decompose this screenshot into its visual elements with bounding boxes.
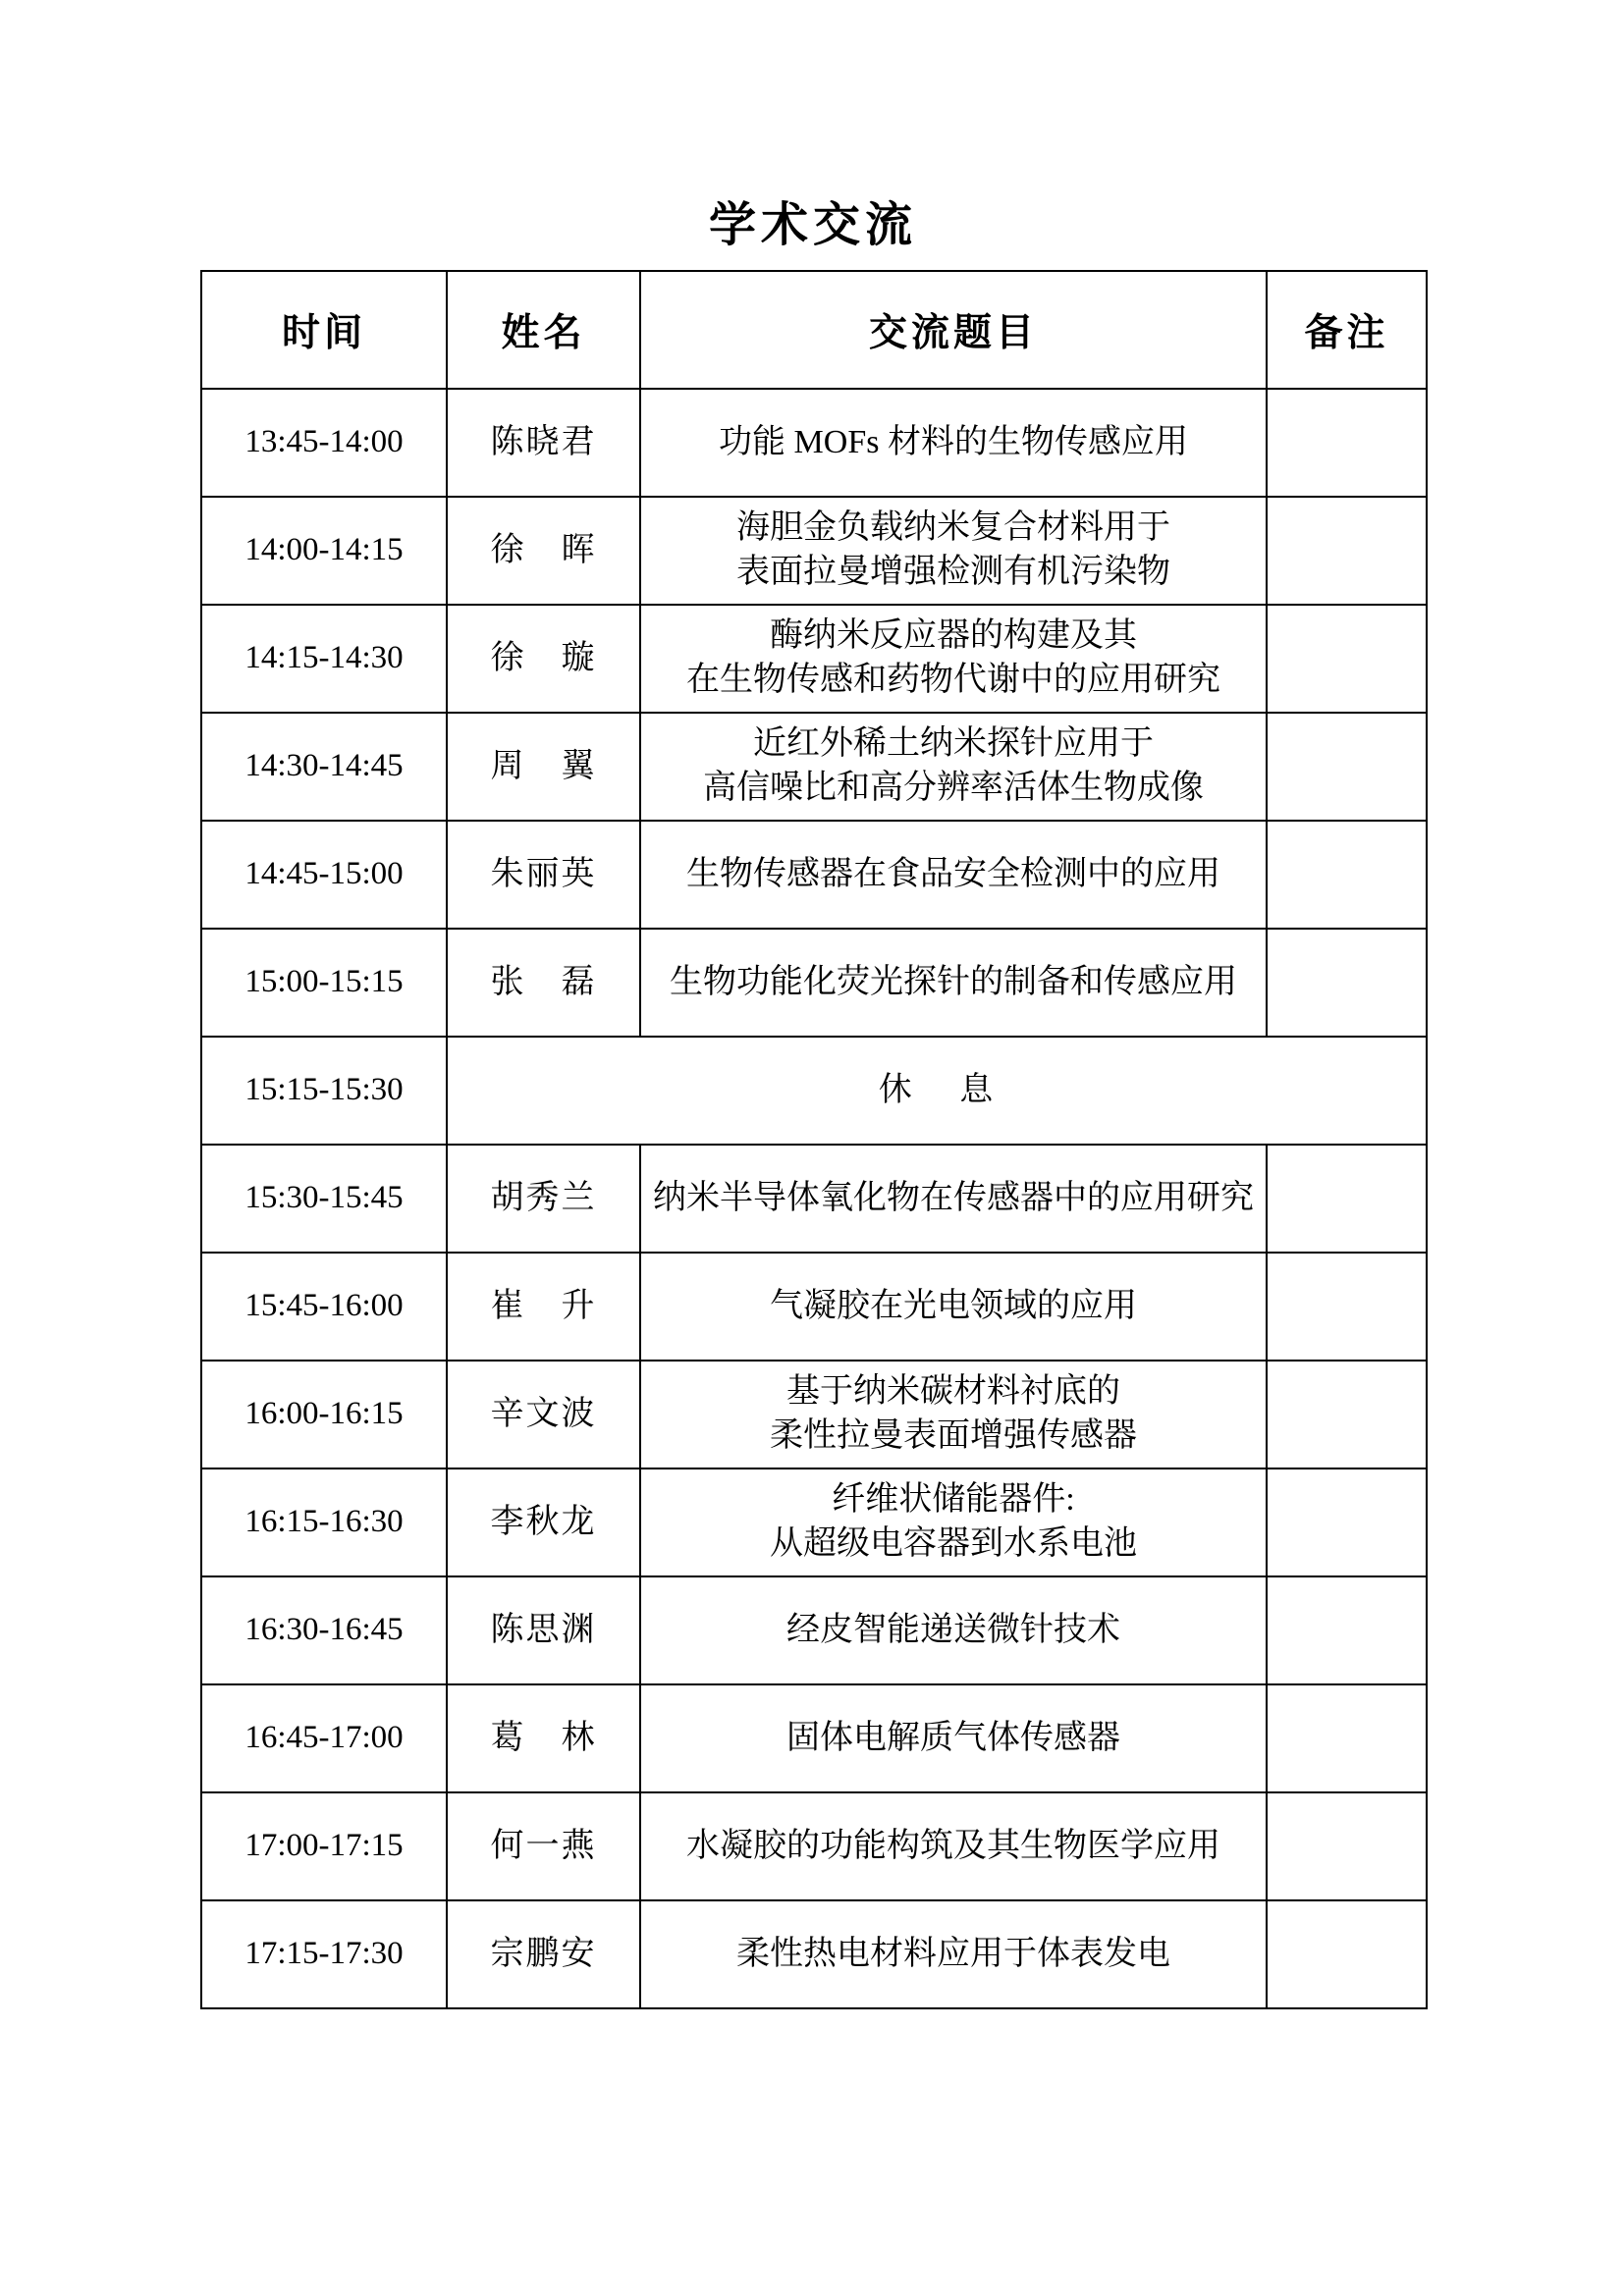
time-cell: 16:15-16:30 [201,1468,447,1576]
topic-cell: 海胆金负载纳米复合材料用于表面拉曼增强检测有机污染物 [640,497,1267,605]
schedule-row: 15:00-15:15张 磊生物功能化荧光探针的制备和传感应用 [201,929,1427,1037]
name-cell: 陈思渊 [447,1576,640,1684]
topic-line: 高信噪比和高分辨率活体生物成像 [641,767,1266,811]
header-row: 时间 姓名 交流题目 备注 [201,271,1427,389]
schedule-row: 14:00-14:15徐 晖海胆金负载纳米复合材料用于表面拉曼增强检测有机污染物 [201,497,1427,605]
note-cell [1267,713,1427,821]
note-cell [1267,1576,1427,1684]
note-cell [1267,1145,1427,1253]
topic-line: 功能 MOFs 材料的生物传感应用 [641,421,1266,465]
break-cell: 休 息 [447,1037,1427,1145]
topic-line: 基于纳米碳材料衬底的 [641,1370,1266,1415]
topic-line: 纤维状储能器件: [641,1478,1266,1522]
time-cell: 16:30-16:45 [201,1576,447,1684]
time-cell: 13:45-14:00 [201,389,447,497]
topic-line: 柔性热电材料应用于体表发电 [641,1933,1266,1977]
topic-line: 表面拉曼增强检测有机污染物 [641,551,1266,595]
time-cell: 15:15-15:30 [201,1037,447,1145]
schedule-body: 13:45-14:00陈晓君功能 MOFs 材料的生物传感应用14:00-14:… [201,389,1427,2008]
note-cell [1267,929,1427,1037]
topic-cell: 生物功能化荧光探针的制备和传感应用 [640,929,1267,1037]
note-cell [1267,497,1427,605]
note-cell [1267,1900,1427,2008]
schedule-row: 16:00-16:15辛文波基于纳米碳材料衬底的柔性拉曼表面增强传感器 [201,1361,1427,1468]
name-cell: 崔 升 [447,1253,640,1361]
topic-line: 生物功能化荧光探针的制备和传感应用 [641,961,1266,1005]
note-cell [1267,389,1427,497]
column-header-topic: 交流题目 [640,271,1267,389]
topic-cell: 近红外稀土纳米探针应用于高信噪比和高分辨率活体生物成像 [640,713,1267,821]
note-cell [1267,1684,1427,1792]
topic-cell: 固体电解质气体传感器 [640,1684,1267,1792]
note-cell [1267,1468,1427,1576]
topic-cell: 生物传感器在食品安全检测中的应用 [640,821,1267,929]
time-cell: 16:00-16:15 [201,1361,447,1468]
time-cell: 14:15-14:30 [201,605,447,713]
schedule-row: 16:15-16:30李秋龙纤维状储能器件:从超级电容器到水系电池 [201,1468,1427,1576]
topic-cell: 柔性热电材料应用于体表发电 [640,1900,1267,2008]
time-cell: 14:30-14:45 [201,713,447,821]
schedule-row: 16:45-17:00葛 林固体电解质气体传感器 [201,1684,1427,1792]
name-cell: 徐 璇 [447,605,640,713]
document-page: 学术交流 时间 姓名 交流题目 备注 13:45-14:00陈晓君功能 MOFs… [0,0,1624,2296]
schedule-row: 14:30-14:45周 翼近红外稀土纳米探针应用于高信噪比和高分辨率活体生物成… [201,713,1427,821]
time-cell: 15:30-15:45 [201,1145,447,1253]
topic-cell: 经皮智能递送微针技术 [640,1576,1267,1684]
topic-line: 经皮智能递送微针技术 [641,1609,1266,1653]
schedule-row: 14:15-14:30徐 璇酶纳米反应器的构建及其在生物传感和药物代谢中的应用研… [201,605,1427,713]
column-header-name: 姓名 [447,271,640,389]
time-cell: 14:00-14:15 [201,497,447,605]
time-cell: 15:45-16:00 [201,1253,447,1361]
topic-line: 气凝胶在光电领域的应用 [641,1285,1266,1329]
topic-cell: 基于纳米碳材料衬底的柔性拉曼表面增强传感器 [640,1361,1267,1468]
schedule-row: 13:45-14:00陈晓君功能 MOFs 材料的生物传感应用 [201,389,1427,497]
name-cell: 朱丽英 [447,821,640,929]
schedule-row: 17:00-17:15何一燕水凝胶的功能构筑及其生物医学应用 [201,1792,1427,1900]
topic-line: 海胆金负载纳米复合材料用于 [641,507,1266,551]
name-cell: 胡秀兰 [447,1145,640,1253]
name-cell: 陈晓君 [447,389,640,497]
note-cell [1267,1792,1427,1900]
name-cell: 徐 晖 [447,497,640,605]
topic-cell: 酶纳米反应器的构建及其在生物传感和药物代谢中的应用研究 [640,605,1267,713]
note-cell [1267,1253,1427,1361]
note-cell [1267,605,1427,713]
name-cell: 葛 林 [447,1684,640,1792]
schedule-row: 14:45-15:00朱丽英生物传感器在食品安全检测中的应用 [201,821,1427,929]
time-cell: 16:45-17:00 [201,1684,447,1792]
time-cell: 14:45-15:00 [201,821,447,929]
topic-cell: 纳米半导体氧化物在传感器中的应用研究 [640,1145,1267,1253]
topic-line: 在生物传感和药物代谢中的应用研究 [641,659,1266,703]
topic-line: 从超级电容器到水系电池 [641,1522,1266,1567]
note-cell [1267,1361,1427,1468]
name-cell: 何一燕 [447,1792,640,1900]
page-title: 学术交流 [200,187,1426,254]
topic-line: 生物传感器在食品安全检测中的应用 [641,853,1266,897]
topic-line: 水凝胶的功能构筑及其生物医学应用 [641,1825,1266,1869]
schedule-row: 15:30-15:45胡秀兰纳米半导体氧化物在传感器中的应用研究 [201,1145,1427,1253]
name-cell: 宗鹏安 [447,1900,640,2008]
topic-line: 近红外稀土纳米探针应用于 [641,722,1266,767]
name-cell: 张 磊 [447,929,640,1037]
topic-cell: 纤维状储能器件:从超级电容器到水系电池 [640,1468,1267,1576]
name-cell: 李秋龙 [447,1468,640,1576]
name-cell: 辛文波 [447,1361,640,1468]
time-cell: 17:00-17:15 [201,1792,447,1900]
schedule-row: 17:15-17:30宗鹏安柔性热电材料应用于体表发电 [201,1900,1427,2008]
note-cell [1267,821,1427,929]
topic-line: 酶纳米反应器的构建及其 [641,614,1266,659]
time-cell: 17:15-17:30 [201,1900,447,2008]
break-row: 15:15-15:30休 息 [201,1037,1427,1145]
topic-line: 柔性拉曼表面增强传感器 [641,1415,1266,1459]
schedule-row: 16:30-16:45陈思渊经皮智能递送微针技术 [201,1576,1427,1684]
time-cell: 15:00-15:15 [201,929,447,1037]
column-header-note: 备注 [1267,271,1427,389]
topic-line: 纳米半导体氧化物在传感器中的应用研究 [641,1177,1266,1221]
column-header-time: 时间 [201,271,447,389]
topic-cell: 功能 MOFs 材料的生物传感应用 [640,389,1267,497]
schedule-table: 时间 姓名 交流题目 备注 13:45-14:00陈晓君功能 MOFs 材料的生… [200,270,1428,2009]
topic-line: 固体电解质气体传感器 [641,1717,1266,1761]
name-cell: 周 翼 [447,713,640,821]
schedule-row: 15:45-16:00崔 升气凝胶在光电领域的应用 [201,1253,1427,1361]
topic-cell: 气凝胶在光电领域的应用 [640,1253,1267,1361]
topic-cell: 水凝胶的功能构筑及其生物医学应用 [640,1792,1267,1900]
